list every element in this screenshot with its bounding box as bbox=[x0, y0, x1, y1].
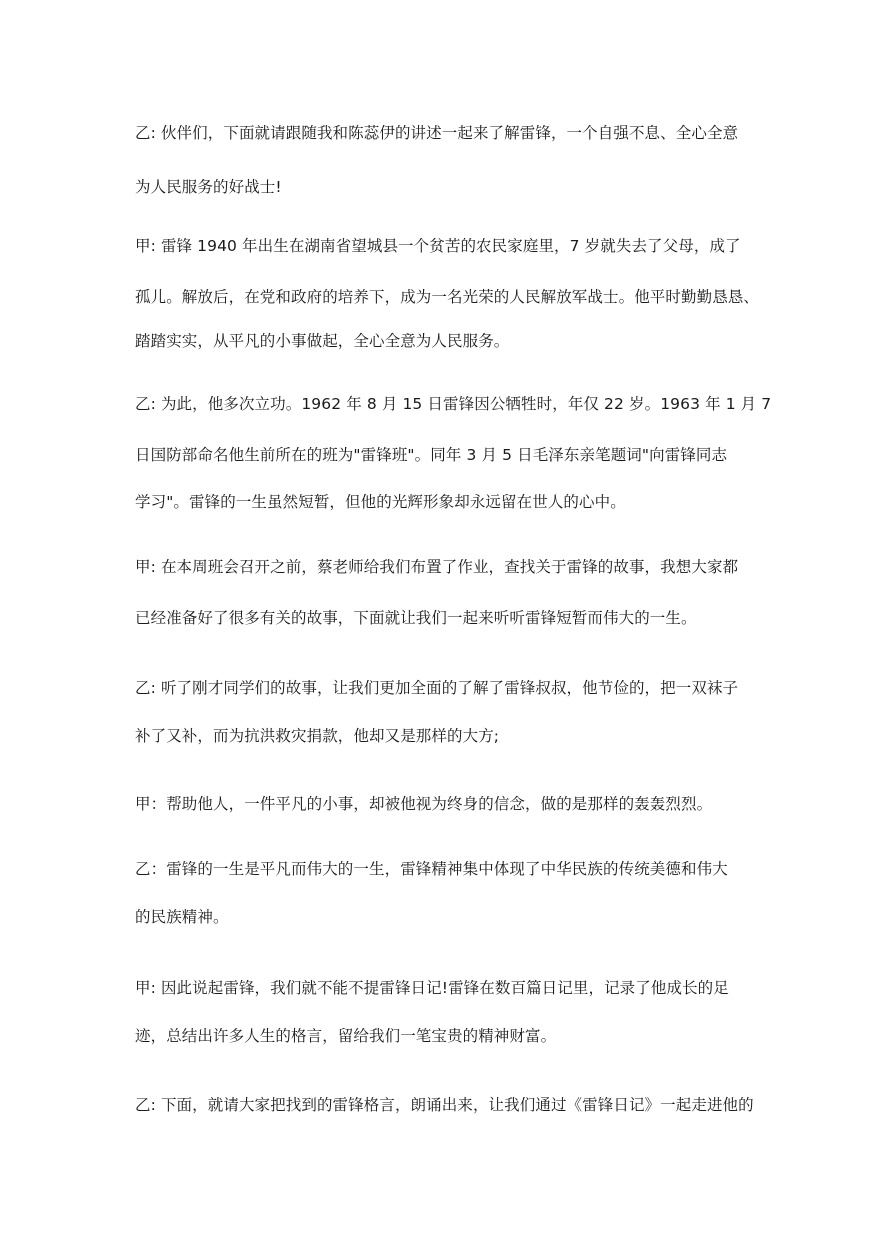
paragraph-8-line-2: 迹，总结出许多人生的格言，留给我们一笔宝贵的精神财富。 bbox=[135, 1026, 755, 1046]
paragraph-8-line-1: 甲: 因此说起雷锋，我们就不能不提雷锋日记!雷锋在数百篇日记里，记录了他成长的足 bbox=[135, 978, 755, 998]
paragraph-2-line-3: 踏踏实实，从平凡的小事做起，全心全意为人民服务。 bbox=[135, 331, 755, 351]
paragraph-1-line-2: 为人民服务的好战士! bbox=[135, 177, 755, 197]
paragraph-2-line-1: 甲: 雷锋 1940 年出生在湖南省望城县一个贫苦的农民家庭里，7 岁就失去了父… bbox=[135, 236, 755, 256]
paragraph-3-line-3: 学习"。雷锋的一生虽然短暂，但他的光辉形象却永远留在世人的心中。 bbox=[135, 492, 755, 512]
paragraph-3-line-2: 日国防部命名他生前所在的班为"雷锋班"。同年 3 月 5 日毛泽东亲笔题词"向雷… bbox=[135, 445, 755, 465]
document-page: 乙: 伙伴们，下面就请跟随我和陈蕊伊的讲述一起来了解雷锋，一个自强不息、全心全意… bbox=[0, 0, 884, 1250]
paragraph-9-line-1: 乙: 下面，就请大家把找到的雷锋格言，朗诵出来，让我们通过《雷锋日记》一起走进他… bbox=[135, 1095, 755, 1115]
paragraph-6-line-1: 甲：帮助他人，一件平凡的小事，却被他视为终身的信念，做的是那样的轰轰烈烈。 bbox=[135, 794, 755, 814]
paragraph-4-line-1: 甲: 在本周班会召开之前，蔡老师给我们布置了作业，查找关于雷锋的故事，我想大家都 bbox=[135, 557, 755, 577]
paragraph-5-line-1: 乙: 听了刚才同学们的故事，让我们更加全面的了解了雷锋叔叔，他节俭的，把一双袜子 bbox=[135, 678, 755, 698]
paragraph-1-line-1: 乙: 伙伴们，下面就请跟随我和陈蕊伊的讲述一起来了解雷锋，一个自强不息、全心全意 bbox=[135, 123, 755, 143]
paragraph-7-line-1: 乙：雷锋的一生是平凡而伟大的一生，雷锋精神集中体现了中华民族的传统美德和伟大 bbox=[135, 859, 755, 879]
paragraph-2-line-2: 孤儿。解放后，在党和政府的培养下，成为一名光荣的人民解放军战士。他平时勤勤恳恳、 bbox=[135, 287, 755, 307]
paragraph-3-line-1: 乙: 为此，他多次立功。1962 年 8 月 15 日雷锋因公牺牲时，年仅 22… bbox=[135, 394, 755, 414]
paragraph-5-line-2: 补了又补，而为抗洪救灾捐款，他却又是那样的大方; bbox=[135, 726, 755, 746]
paragraph-7-line-2: 的民族精神。 bbox=[135, 907, 755, 927]
paragraph-4-line-2: 已经准备好了很多有关的故事，下面就让我们一起来听听雷锋短暂而伟大的一生。 bbox=[135, 608, 755, 628]
